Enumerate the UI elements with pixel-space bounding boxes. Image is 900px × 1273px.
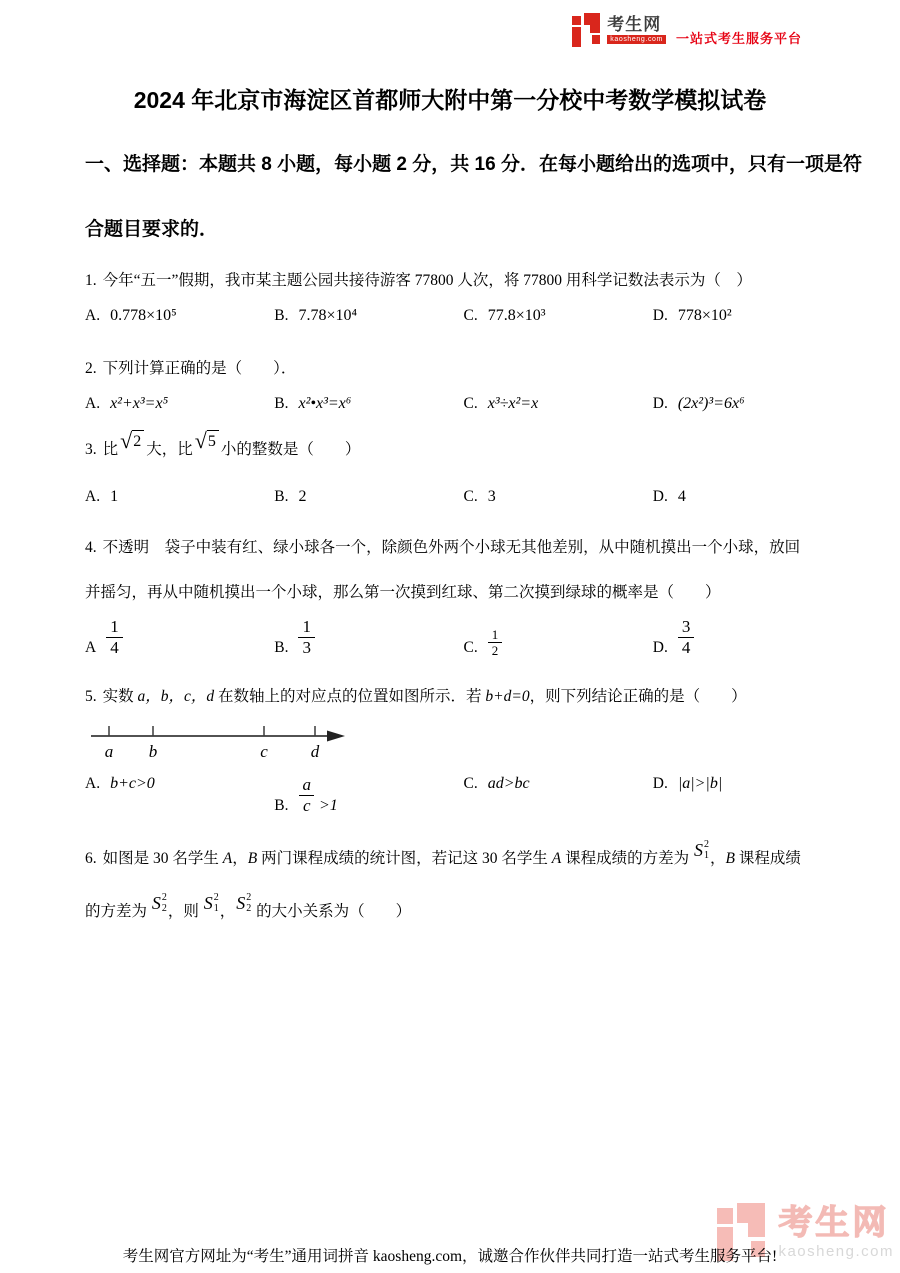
option-b: B.7.78×10⁴ [274,307,463,325]
numberline-label-a: a [105,742,114,761]
numberline-label-d: d [311,742,320,761]
denominator: 4 [678,637,695,658]
question-6: 6.如图是 30 名学生 A，B 两门课程成绩的统计图，若记这 30 名学生 A… [85,846,842,925]
question-body: 小的整数是（ ） [221,441,361,458]
question-body: 的方差为 [85,903,151,920]
question-number: 5. [85,688,97,705]
variance-scripts: 22 [162,892,167,914]
variance-scripts: 21 [214,892,219,914]
math-var: A [223,850,232,867]
option-label: C. [464,639,478,657]
question-4-text-line2: 并摇匀，再从中随机摸出一个小球，那么第一次摸到红球、第二次摸到绿球的概率是（ ） [85,580,842,606]
question-5-options: A.b+c>0 B.ac>1 C.ad>bc D.|a|>|b| [85,775,842,815]
variance-base: S [204,894,213,912]
radicand: 5 [207,430,219,452]
option-b: B.2 [274,488,463,506]
option-b: B.ac>1 [274,775,463,815]
variance-s1: S21 [694,839,709,861]
option-label: D. [653,775,668,793]
option-label: B. [274,797,288,815]
question-body: 比 [103,441,119,458]
option-a: A.0.778×10⁵ [85,307,274,325]
question-body: ，则下列结论正确的是（ ） [530,688,747,705]
option-c: C.ad>bc [464,775,653,815]
numerator: 1 [488,627,503,643]
question-3-text: 3.比√2大，比√5小的整数是（ ） [85,436,842,463]
brand-domain: kaosheng.com [607,35,666,44]
question-4: 4.不透明 袋子中装有红、绿小球各一个，除颜色外两个小球无其他差别，从中随机摸出… [85,535,842,657]
question-6-text-line1: 6.如图是 30 名学生 A，B 两门课程成绩的统计图，若记这 30 名学生 A… [85,846,842,872]
question-body: 下列计算正确的是（ ）． [103,360,297,377]
question-number: 1. [85,272,97,289]
option-b: B.13 [274,617,463,657]
option-value: 7.78×10⁴ [298,307,357,325]
variance-base: S [236,894,245,912]
question-body: 不透明 袋子中装有红、绿小球各一个，除颜色外两个小球无其他差别，从中随机摸出一个… [103,539,801,556]
option-a: A.x²+x³=x⁵ [85,395,274,413]
watermark-name: 考生网 [778,1206,894,1240]
numerator: 1 [298,617,315,637]
question-1: 1.今年“五一”假期，我市某主题公园共接待游客 77800 人次，将 77800… [85,268,842,325]
option-label: D. [653,395,668,413]
option-value: b+c>0 [110,775,155,793]
option-value: >1 [319,797,338,815]
option-value: x³÷x²=x [488,395,538,413]
option-value: 2 [298,488,306,506]
variance-s1: S21 [204,892,219,914]
option-label: A [85,639,96,657]
question-body: 课程成绩的方差为 [561,850,693,867]
fraction: 12 [488,627,503,659]
numerator: a [298,775,315,795]
number-line-figure: a b c d [87,720,367,766]
option-value: |a|>|b| [678,775,722,793]
option-c: C.77.8×10³ [464,307,653,325]
option-label: B. [274,639,288,657]
option-value: ad>bc [488,775,530,793]
option-label: B. [274,307,288,325]
option-value: 1 [110,488,118,506]
math-var: B [248,850,257,867]
question-5-text: 5.实数 a，b，c，d 在数轴上的对应点的位置如图所示．若 b+d=0，则下列… [85,684,842,710]
question-1-text: 1.今年“五一”假期，我市某主题公园共接待游客 77800 人次，将 77800… [85,268,842,294]
question-3-options: A.1 B.2 C.3 D.4 [85,488,842,506]
option-d: D.(2x²)³=6x⁶ [653,395,842,413]
question-1-options: A.0.778×10⁵ B.7.78×10⁴ C.77.8×10³ D.778×… [85,307,842,325]
fraction: 13 [298,617,315,659]
option-label: B. [274,488,288,506]
exam-content: 一、选择题：本题共 8 小题，每小题 2 分，共 16 分．在每小题给出的选项中… [85,152,842,925]
question-2-text: 2.下列计算正确的是（ ）． [85,356,842,382]
option-c: C.12 [464,617,653,657]
option-value: 3 [488,488,496,506]
option-d: D.|a|>|b| [653,775,842,815]
variance-base: S [694,841,703,859]
brand-tagline: 一站式考生服务平台 [676,28,802,47]
numerator: 3 [678,617,695,637]
option-value: x²•x³=x⁶ [298,395,351,413]
question-body: 课程成绩 [735,850,801,867]
option-value: (2x²)³=6x⁶ [678,395,745,413]
numerator: 1 [106,617,123,637]
variance-scripts: 22 [246,892,251,914]
option-d: D.778×10² [653,307,842,325]
option-label: D. [653,307,668,325]
question-5: 5.实数 a，b，c，d 在数轴上的对应点的位置如图所示．若 b+d=0，则下列… [85,684,842,815]
variance-scripts: 21 [704,839,709,861]
question-6-text-line2: 的方差为 S22，则 S21，S22 的大小关系为（ ） [85,899,842,925]
denominator: 4 [106,637,123,658]
superscript: 2 [704,839,709,850]
denominator: 3 [298,637,315,658]
option-d: D.4 [653,488,842,506]
subscript: 2 [162,903,167,914]
question-number: 2. [85,360,97,377]
option-b: B.x²•x³=x⁶ [274,395,463,413]
question-body: ， [710,850,726,867]
question-number: 3. [85,441,97,458]
math-expr: b+d=0 [485,688,529,705]
option-a: A.1 [85,488,274,506]
section-heading-line1: 一、选择题：本题共 8 小题，每小题 2 分，共 16 分．在每小题给出的选项中… [85,152,842,178]
fraction: 34 [678,617,695,659]
option-a: A.b+c>0 [85,775,274,815]
question-body: ，则 [168,903,203,920]
option-c: C.x³÷x²=x [464,395,653,413]
superscript: 2 [246,892,251,903]
radical-sign: √ [120,430,132,452]
variance-s2: S22 [236,892,251,914]
exam-page: 考生网 kaosheng.com 一站式考生服务平台 2024 年北京市海淀区首… [0,0,900,1273]
option-label: B. [274,395,288,413]
option-label: C. [464,775,478,793]
math-var: B [725,850,734,867]
variance-base: S [152,894,161,912]
subscript: 2 [246,903,251,914]
question-4-text-line1: 4.不透明 袋子中装有红、绿小球各一个，除颜色外两个小球无其他差别，从中随机摸出… [85,535,842,561]
question-body: 大，比 [146,441,193,458]
question-body: 在数轴上的对应点的位置如图所示．若 [214,688,485,705]
option-c: C.3 [464,488,653,506]
option-label: A. [85,775,100,793]
option-d: D.34 [653,617,842,657]
option-value: x²+x³=x⁵ [110,395,168,413]
denominator: c [299,795,315,816]
kaosheng-logo-icon [572,13,602,47]
option-value: 77.8×10³ [488,307,546,325]
option-a: A14 [85,617,274,657]
subscript: 1 [704,850,709,861]
question-4-options: A14 B.13 C.12 D.34 [85,617,842,657]
question-2: 2.下列计算正确的是（ ）． A.x²+x³=x⁵ B.x²•x³=x⁶ C.x… [85,356,842,413]
option-label: C. [464,395,478,413]
question-3: 3.比√2大，比√5小的整数是（ ） A.1 B.2 C.3 D.4 [85,436,842,506]
radicand: 2 [132,430,144,452]
radical-sign: √ [195,430,207,452]
question-body: 实数 [103,688,138,705]
option-label: C. [464,488,478,506]
question-body: 今年“五一”假期，我市某主题公园共接待游客 77800 人次，将 77800 用… [103,272,752,289]
numberline-label-c: c [260,742,268,761]
sqrt-2-radical: √2 [120,430,144,452]
option-label: A. [85,395,100,413]
question-body: ， [232,850,248,867]
section-heading-line2: 合题目要求的． [85,217,842,243]
subscript: 1 [214,903,219,914]
question-body: 两门课程成绩的统计图，若记这 30 名学生 [257,850,552,867]
question-body: 的大小关系为（ ） [252,903,411,920]
option-value: 778×10² [678,307,732,325]
option-value: 0.778×10⁵ [110,307,177,325]
variance-s2: S22 [152,892,167,914]
fraction: ac [298,775,315,817]
numberline-label-b: b [149,742,158,761]
arrow-head [327,730,345,741]
option-value: 4 [678,488,686,506]
sqrt-5-radical: √5 [195,430,219,452]
question-body: 如图是 30 名学生 [103,850,223,867]
option-label: A. [85,307,100,325]
option-label: A. [85,488,100,506]
brand-text: 考生网 kaosheng.com [607,16,666,44]
math-vars: a，b，c，d [138,688,215,705]
math-var: A [552,850,561,867]
brand-name: 考生网 [607,16,666,33]
question-number: 4. [85,539,97,556]
footer-text: 考生网官方网址为“考生”通用词拼音 kaosheng.com，诚邀合作伙伴共同打… [0,1244,900,1266]
kaosheng-brand: 考生网 kaosheng.com 一站式考生服务平台 [572,13,802,47]
question-2-options: A.x²+x³=x⁵ B.x²•x³=x⁶ C.x³÷x²=x D.(2x²)³… [85,395,842,413]
superscript: 2 [162,892,167,903]
option-label: D. [653,488,668,506]
superscript: 2 [214,892,219,903]
fraction: 14 [106,617,123,659]
option-label: C. [464,307,478,325]
option-label: D. [653,639,668,657]
question-body: ， [220,903,236,920]
question-number: 6. [85,850,97,867]
denominator: 2 [488,642,503,659]
